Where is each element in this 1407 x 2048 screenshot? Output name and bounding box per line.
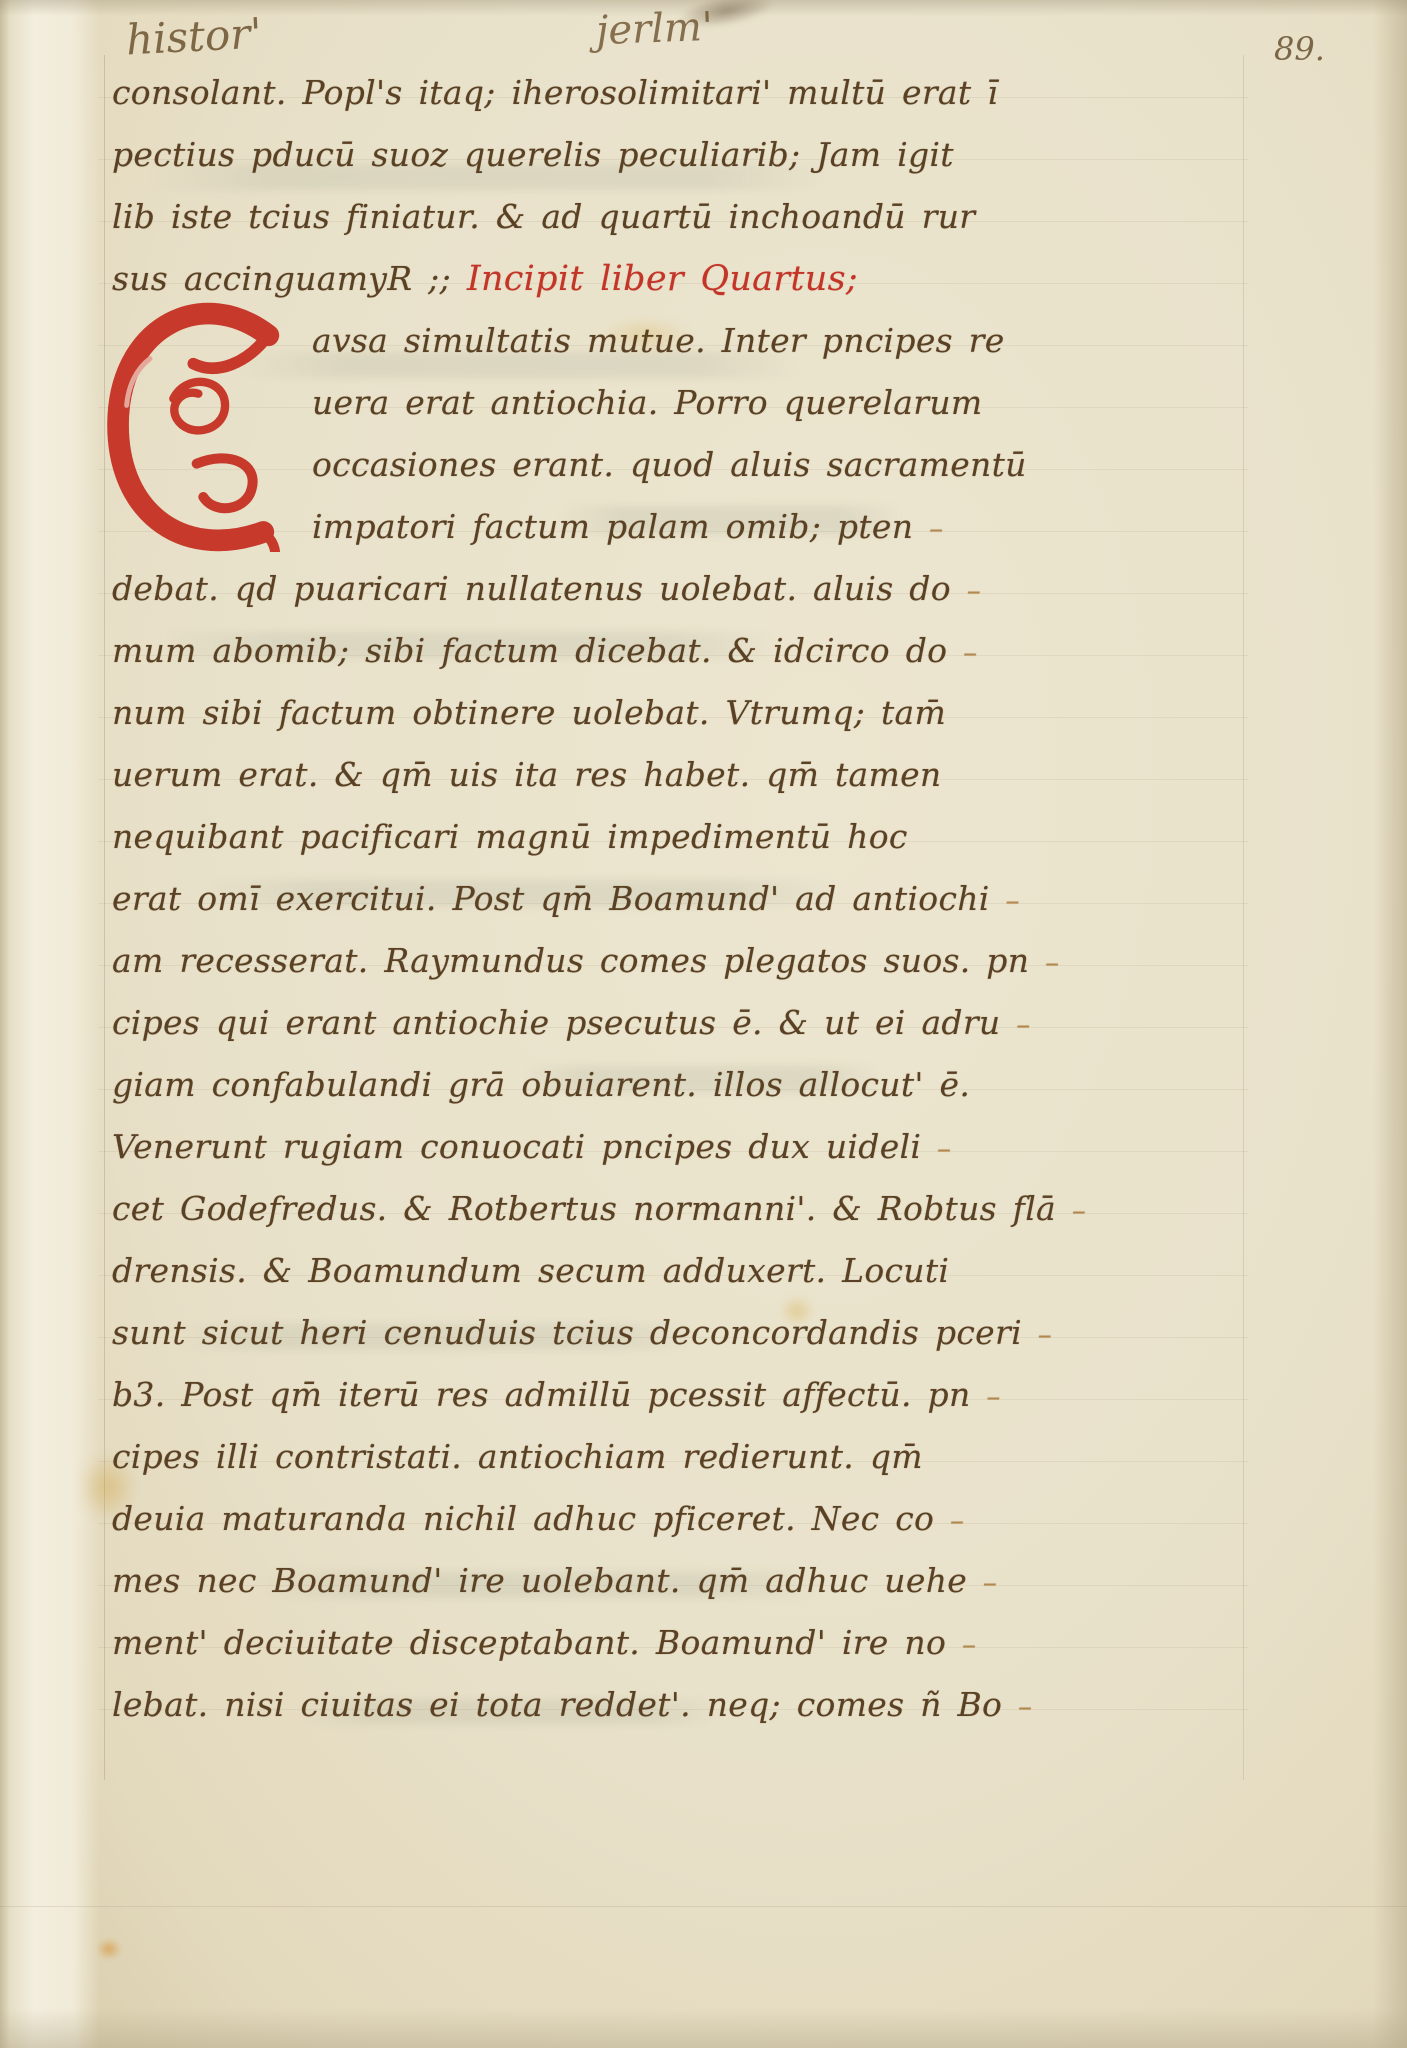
line-filler: – xyxy=(1072,1194,1086,1227)
manuscript-line: sunt sicut heri cenuduis tcius deconcord… xyxy=(112,1302,922,1364)
body-text: pectius pducū suoz querelis peculiarib; … xyxy=(112,135,954,174)
body-text: mes nec Boamund' ire uolebant. qm̄ adhuc… xyxy=(112,1561,983,1600)
rubric-text: Incipit liber Quartus; xyxy=(467,259,858,299)
page-edge-bottom xyxy=(0,2008,1407,2048)
body-text: impatori factum palam omib; pten xyxy=(312,507,929,546)
body-text: lib iste tcius finiatur. & ad quartū inc… xyxy=(112,197,975,236)
line-filler: – xyxy=(1016,1008,1030,1041)
manuscript-line: cet Godefredus. & Rotbertus normanni'. &… xyxy=(112,1178,922,1240)
fold-crease xyxy=(0,1906,1407,1907)
line-filler: – xyxy=(986,1380,1000,1413)
body-text: avsa simultatis mutue. Inter pncipes re xyxy=(312,321,1005,360)
text-block: consolant. Popl's itaq; iherosolimitari'… xyxy=(112,62,922,1736)
manuscript-line: debat. qd puaricari nullatenus uolebat. … xyxy=(112,558,922,620)
body-text: Venerunt rugiam conuocati pncipes dux ui… xyxy=(112,1127,937,1166)
line-filler: – xyxy=(963,636,977,669)
line-filler: – xyxy=(950,1504,964,1537)
body-text: mum abomib; sibi factum dicebat. & idcir… xyxy=(112,631,963,670)
body-text: cet Godefredus. & Rotbertus normanni'. &… xyxy=(112,1189,1072,1228)
manuscript-line: mes nec Boamund' ire uolebant. qm̄ adhuc… xyxy=(112,1550,922,1612)
body-text: am recesserat. Raymundus comes plegatos … xyxy=(112,941,1045,980)
body-text: cipes illi contristati. antiochiam redie… xyxy=(112,1437,923,1476)
body-text: debat. qd puaricari nullatenus uolebat. … xyxy=(112,569,967,608)
body-text: sus accinguamyR ;; xyxy=(112,259,467,298)
body-text: nequibant pacificari magnū impedimentū h… xyxy=(112,817,908,856)
manuscript-line: cipes qui erant antiochie psecutus ē. & … xyxy=(112,992,922,1054)
body-text: cipes qui erant antiochie psecutus ē. & … xyxy=(112,1003,1016,1042)
body-text: uerum erat. & qm̄ uis ita res habet. qm̄… xyxy=(112,755,941,794)
running-title-left: histor' xyxy=(125,8,263,64)
manuscript-line: deuia maturanda nichil adhuc pficeret. N… xyxy=(112,1488,922,1550)
manuscript-line: num sibi factum obtinere uolebat. Vtrumq… xyxy=(112,682,922,744)
body-text: lebat. nisi ciuitas ei tota reddet'. neq… xyxy=(112,1685,1018,1724)
line-filler: – xyxy=(962,1628,976,1661)
body-text: sunt sicut heri cenuduis tcius deconcord… xyxy=(112,1313,1038,1352)
running-title-right: jerlm' xyxy=(595,4,713,54)
folio-number: 89. xyxy=(1274,30,1325,68)
line-filler: – xyxy=(1005,884,1019,917)
line-filler: – xyxy=(929,512,943,545)
stain xyxy=(96,1938,122,1960)
margin-ruling-right xyxy=(1243,55,1244,1780)
body-text: deuia maturanda nichil adhuc pficeret. N… xyxy=(112,1499,950,1538)
body-text: erat omī exercitui. Post qm̄ Boamund' ad… xyxy=(112,879,1005,918)
line-filler: – xyxy=(967,574,981,607)
body-text: ment' deciuitate disceptabant. Boamund' … xyxy=(112,1623,962,1662)
body-text: giam confabulandi grā obuiarent. illos a… xyxy=(112,1065,970,1104)
manuscript-line: drensis. & Boamundum secum adduxert. Loc… xyxy=(112,1240,922,1302)
manuscript-line: uerum erat. & qm̄ uis ita res habet. qm̄… xyxy=(112,744,922,806)
manuscript-line: pectius pducū suoz querelis peculiarib; … xyxy=(112,124,922,186)
body-text: drensis. & Boamundum secum adduxert. Loc… xyxy=(112,1251,949,1290)
line-filler: – xyxy=(1045,946,1059,979)
line-filler: – xyxy=(1038,1318,1052,1351)
manuscript-line: lib iste tcius finiatur. & ad quartū inc… xyxy=(112,186,922,248)
initial-c-glyph xyxy=(90,302,310,552)
manuscript-line: Venerunt rugiam conuocati pncipes dux ui… xyxy=(112,1116,922,1178)
body-text: b3. Post qm̄ iterū res admillū pcessit a… xyxy=(112,1375,986,1414)
line-filler: – xyxy=(983,1566,997,1599)
manuscript-line: am recesserat. Raymundus comes plegatos … xyxy=(112,930,922,992)
page-edge-left xyxy=(0,0,100,2048)
manuscript-page: histor' jerlm' 89. consolant. Popl's ita… xyxy=(0,0,1407,2048)
manuscript-line: consolant. Popl's itaq; iherosolimitari'… xyxy=(112,62,922,124)
body-text: uera erat antiochia. Porro querelarum xyxy=(312,383,983,422)
line-filler: – xyxy=(1018,1690,1032,1723)
body-text: occasiones erant. quod aluis sacramentū xyxy=(312,445,1027,484)
manuscript-line: sus accinguamyR ;; Incipit liber Quartus… xyxy=(112,248,922,310)
manuscript-line: mum abomib; sibi factum dicebat. & idcir… xyxy=(112,620,922,682)
manuscript-line: nequibant pacificari magnū impedimentū h… xyxy=(112,806,922,868)
manuscript-line: b3. Post qm̄ iterū res admillū pcessit a… xyxy=(112,1364,922,1426)
page-edge-right xyxy=(1373,0,1407,2048)
manuscript-line: giam confabulandi grā obuiarent. illos a… xyxy=(112,1054,922,1116)
line-filler: – xyxy=(937,1132,951,1165)
manuscript-line: erat omī exercitui. Post qm̄ Boamund' ad… xyxy=(112,868,922,930)
manuscript-line: cipes illi contristati. antiochiam redie… xyxy=(112,1426,922,1488)
body-text: consolant. Popl's itaq; iherosolimitari'… xyxy=(112,73,998,112)
body-text: num sibi factum obtinere uolebat. Vtrumq… xyxy=(112,693,946,732)
manuscript-line: ment' deciuitate disceptabant. Boamund' … xyxy=(112,1612,922,1674)
illuminated-initial-c xyxy=(90,302,310,552)
manuscript-line: lebat. nisi ciuitas ei tota reddet'. neq… xyxy=(112,1674,922,1736)
